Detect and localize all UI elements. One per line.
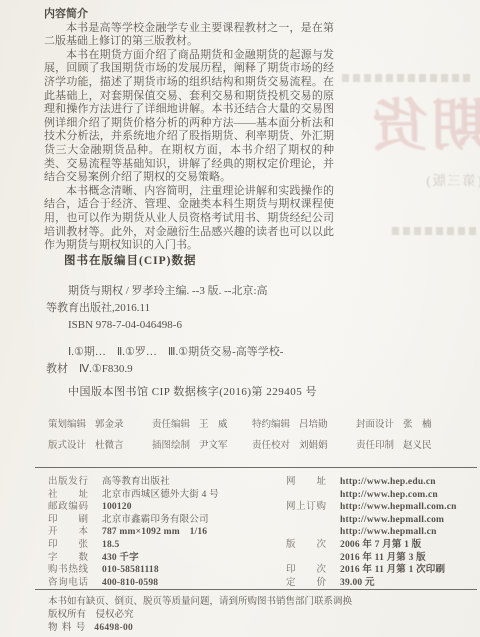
pub-label: 版次 <box>286 539 326 552</box>
pub-row: 2016 年 11 月第 3 版 <box>286 552 472 565</box>
staff-name: 刘娟娟 <box>299 437 328 451</box>
staff-credit: 责任校对 刘娟娟 <box>252 437 356 451</box>
pub-label <box>286 489 326 502</box>
publication-right-column: 网址 http://www.hep.edu.cn http://www.hep.… <box>286 476 472 589</box>
staff-credit: 插图绘制 尹文军 <box>152 437 252 451</box>
pub-value: 18.5 <box>102 539 119 552</box>
pub-value-url: http://www.hepmall.cn <box>340 526 437 539</box>
quality-notice: 本书如有缺页、倒页、脱页等质量问题，请到所购图书销售部门联系调换 <box>48 596 352 609</box>
pub-row: http://www.hepmall.cn <box>286 526 472 539</box>
pub-label: 印次 <box>286 564 326 577</box>
pub-row: 定价 39.00 元 <box>286 577 472 590</box>
pub-row: 网上订购 http://www.hepmall.com.cn <box>286 501 472 514</box>
pub-label: 出版发行 <box>48 476 88 489</box>
pub-label <box>286 552 326 565</box>
pub-row: http://www.hep.com.cn <box>286 489 472 502</box>
pub-label: 印张 <box>48 539 88 552</box>
summary-paragraph: 本书在期货方面介绍了商品期货和金融期货的起源与发展，回顾了我国期货市场的发展历程… <box>44 49 334 185</box>
pub-label: 印刷 <box>48 514 88 527</box>
staff-role: 责任校对 <box>252 437 290 451</box>
staff-credit: 版式设计 杜微言 <box>48 437 152 451</box>
pub-label: 开本 <box>48 526 88 539</box>
pub-row: 咨询电话 400-810-0598 <box>48 577 286 590</box>
staff-name: 王 威 <box>199 416 228 430</box>
copyright-page: 期货 (第三版) 内容简介 本书是高等学校金融学专业主要课程教材之一，是在第二版… <box>0 0 480 637</box>
pub-value: 010-58581118 <box>102 564 159 577</box>
material-number-label: 物 料 号 <box>48 623 86 633</box>
staff-role: 责任印制 <box>356 437 394 451</box>
pub-value: 北京市鑫霸印务有限公司 <box>102 514 209 527</box>
summary-paragraph: 本书是高等学校金融学专业主要课程教材之一，是在第二版基础上修订的第三版教材。 <box>44 22 334 49</box>
staff-credit: 封面设计 张 楠 <box>356 416 460 430</box>
cip-gap <box>46 334 346 344</box>
pub-value: 2016 年 11 月第 3 版 <box>340 552 426 565</box>
cip-classification-line: 教材 Ⅳ.①F830.9 <box>46 361 346 378</box>
staff-name: 赵义民 <box>403 437 432 451</box>
pub-row: 社址 北京市西城区德外大街 4 号 <box>48 489 286 502</box>
staff-credit: 策划编辑 郭金录 <box>48 416 152 430</box>
pub-row: 网址 http://www.hep.edu.cn <box>286 476 472 489</box>
staff-credits: 策划编辑 郭金录 责任编辑 王 威 特约编辑 吕培勋 封面设计 张 楠 版式设计… <box>48 416 460 458</box>
showthrough-book-title: 期货 <box>338 82 480 162</box>
cip-heading: 图书在版编目(CIP)数据 <box>64 252 196 268</box>
publication-details: 出版发行 高等教育出版社 社址 北京市西城区德外大街 4 号 邮政编码 1001… <box>48 476 472 589</box>
pub-value: 787 mm×1092 mm 1/16 <box>102 526 207 539</box>
pub-value: 2016 年 11 月第 1 次印刷 <box>340 564 445 577</box>
showthrough-textline-bottom <box>392 227 476 235</box>
pub-value: 2006 年 7 月第 1 版 <box>340 539 421 552</box>
summary-paragraph: 本书概念清晰、内容简明，注重理论讲解和实践操作的结合，适合于经济、管理、金融类本… <box>44 185 334 253</box>
cip-classification-line: Ⅰ.①期… Ⅱ.①罗… Ⅲ.①期货交易-高等学校- <box>46 344 346 361</box>
content-summary: 内容简介 本书是高等学校金融学专业主要课程教材之一，是在第二版基础上修订的第三版… <box>44 8 334 253</box>
pub-value: 高等教育出版社 <box>102 476 170 489</box>
staff-role: 封面设计 <box>356 416 394 430</box>
pub-row: 购书热线 010-58581118 <box>48 564 286 577</box>
pub-label: 咨询电话 <box>48 577 88 590</box>
pub-row: 印次 2016 年 11 月第 1 次印刷 <box>286 564 472 577</box>
cip-isbn: ISBN 978-7-04-046498-6 <box>46 317 346 334</box>
staff-role: 特约编辑 <box>252 416 290 430</box>
staff-credit: 责任印制 赵义民 <box>356 437 460 451</box>
pub-value: 北京市西城区德外大街 4 号 <box>102 489 219 502</box>
staff-name: 张 楠 <box>403 416 432 430</box>
cip-entry-line: 期货与期权 / 罗孝玲主编. --3 版. --北京:高 <box>46 283 346 300</box>
cip-record: 期货与期权 / 罗孝玲主编. --3 版. --北京:高 等教育出版社,2016… <box>46 283 346 378</box>
footer-block: 本书如有缺页、倒页、脱页等质量问题，请到所购图书销售部门联系调换 版权所有 侵权… <box>48 596 352 635</box>
staff-name: 尹文军 <box>199 437 228 451</box>
staff-credit: 特约编辑 吕培勋 <box>252 416 356 430</box>
pub-value: 400-810-0598 <box>102 577 158 590</box>
pub-value-url: http://www.hep.edu.cn <box>340 476 436 489</box>
staff-name: 郭金录 <box>95 416 124 430</box>
pub-row: 印张 18.5 <box>48 539 286 552</box>
cip-entry-line: 等教育出版社,2016.11 <box>46 300 346 317</box>
pub-label: 邮政编码 <box>48 501 88 514</box>
pub-label: 网上订购 <box>286 501 326 514</box>
content-summary-title: 内容简介 <box>44 8 334 22</box>
divider-rule-top <box>35 467 477 468</box>
pub-row: 邮政编码 100120 <box>48 501 286 514</box>
pub-row: http://www.hepmall.com <box>286 514 472 527</box>
showthrough-textline-top <box>342 74 474 82</box>
pub-label <box>286 514 326 527</box>
material-number-row: 物 料 号46498-00 <box>48 622 352 635</box>
pub-value: 39.00 元 <box>340 577 375 590</box>
pub-value: 100120 <box>102 501 132 514</box>
copyright-notice: 版权所有 侵权必究 <box>48 609 352 622</box>
pub-row: 印刷 北京市鑫霸印务有限公司 <box>48 514 286 527</box>
staff-name: 杜微言 <box>95 437 124 451</box>
pub-value-url: http://www.hepmall.com.cn <box>340 501 457 514</box>
staff-role: 版式设计 <box>48 437 86 451</box>
staff-row: 版式设计 杜微言 插图绘制 尹文军 责任校对 刘娟娟 责任印制 赵义民 <box>48 437 460 451</box>
pub-value-url: http://www.hepmall.com <box>340 514 444 527</box>
staff-role: 责任编辑 <box>152 416 190 430</box>
pub-row: 出版发行 高等教育出版社 <box>48 476 286 489</box>
staff-name: 吕培勋 <box>299 416 328 430</box>
staff-credit: 责任编辑 王 威 <box>152 416 252 430</box>
pub-label <box>286 526 326 539</box>
pub-label: 社址 <box>48 489 88 502</box>
pub-value-url: http://www.hep.com.cn <box>340 489 438 502</box>
staff-role: 策划编辑 <box>48 416 86 430</box>
pub-row: 字数 430 千字 <box>48 552 286 565</box>
publication-left-column: 出版发行 高等教育出版社 社址 北京市西城区德外大街 4 号 邮政编码 1001… <box>48 476 286 589</box>
showthrough-edition: (第三版) <box>362 170 480 189</box>
pub-row: 开本 787 mm×1092 mm 1/16 <box>48 526 286 539</box>
pub-label: 网址 <box>286 476 326 489</box>
staff-role: 插图绘制 <box>152 437 190 451</box>
material-number-value: 46498-00 <box>94 623 133 633</box>
cip-registry-number: 中国版本图书馆 CIP 数据核字(2016)第 229405 号 <box>68 383 317 399</box>
staff-row: 策划编辑 郭金录 责任编辑 王 威 特约编辑 吕培勋 封面设计 张 楠 <box>48 416 460 430</box>
pub-label: 定价 <box>286 577 326 590</box>
divider-rule-bottom <box>35 589 477 590</box>
pub-label: 购书热线 <box>48 564 88 577</box>
pub-value: 430 千字 <box>102 552 139 565</box>
pub-row: 版次 2006 年 7 月第 1 版 <box>286 539 472 552</box>
pub-label: 字数 <box>48 552 88 565</box>
